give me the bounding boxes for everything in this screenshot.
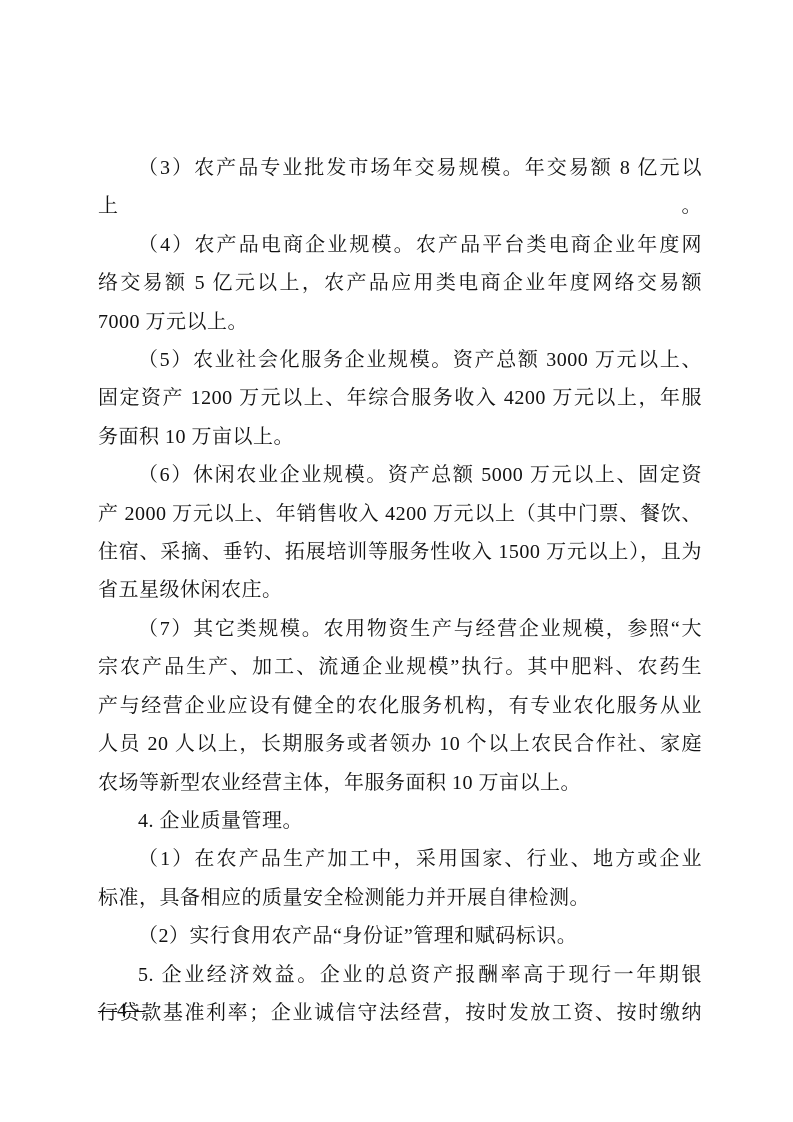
paragraph: 4. 企业质量管理。: [98, 802, 702, 840]
page-footer: —4—: [98, 1000, 146, 1022]
paragraph: （6）休闲农业企业规模。资产总额 5000 万元以上、固定资产 2000 万元以…: [98, 456, 702, 610]
paragraph: （2）实行食用农产品“身份证”管理和赋码标识。: [98, 917, 702, 955]
text-line: （7）其它类规模。农用物资生产与经营企业规模，参照“大: [98, 610, 702, 648]
text-line: 4. 企业质量管理。: [98, 802, 702, 840]
text-line: 标准，具备相应的质量安全检测能力并开展自律检测。: [98, 879, 702, 917]
text-line: 产与经营企业应设有健全的农化服务机构，有专业农化服务从业: [98, 687, 702, 725]
paragraph: （3）农产品专业批发市场年交易规模。年交易额 8 亿元以上。: [98, 149, 702, 226]
text-line: 农场等新型农业经营主体，年服务面积 10 万亩以上。: [98, 764, 702, 802]
paragraph: （1）在农产品生产加工中，采用国家、行业、地方或企业标准，具备相应的质量安全检测…: [98, 840, 702, 917]
text-line: （6）休闲农业企业规模。资产总额 5000 万元以上、固定资: [98, 456, 702, 494]
text-line: 省五星级休闲农庄。: [98, 571, 702, 609]
paragraph: （4）农产品电商企业规模。农产品平台类电商企业年度网络交易额 5 亿元以上，农产…: [98, 226, 702, 341]
text-line: 5. 企业经济效益。企业的总资产报酬率高于现行一年期银: [98, 956, 702, 994]
text-line: （2）实行食用农产品“身份证”管理和赋码标识。: [98, 917, 702, 955]
text-line: （3）农产品专业批发市场年交易规模。年交易额 8 亿元以上。: [98, 149, 702, 226]
text-line: 7000 万元以上。: [98, 303, 702, 341]
paragraph: （7）其它类规模。农用物资生产与经营企业规模，参照“大宗农产品生产、加工、流通企…: [98, 610, 702, 802]
paragraph: 5. 企业经济效益。企业的总资产报酬率高于现行一年期银行贷款基准利率；企业诚信守…: [98, 956, 702, 1033]
text-line: 住宿、采摘、垂钓、拓展培训等服务性收入 1500 万元以上），且为: [98, 533, 702, 571]
document-body: （3）农产品专业批发市场年交易规模。年交易额 8 亿元以上。（4）农产品电商企业…: [98, 149, 702, 1032]
text-line: （1）在农产品生产加工中，采用国家、行业、地方或企业: [98, 840, 702, 878]
paragraph: （5）农业社会化服务企业规模。资产总额 3000 万元以上、固定资产 1200 …: [98, 341, 702, 456]
text-line: 务面积 10 万亩以上。: [98, 418, 702, 456]
text-line: 宗农产品生产、加工、流通企业规模”执行。其中肥料、农药生: [98, 648, 702, 686]
text-line: （5）农业社会化服务企业规模。资产总额 3000 万元以上、: [98, 341, 702, 379]
document-page: （3）农产品专业批发市场年交易规模。年交易额 8 亿元以上。（4）农产品电商企业…: [0, 0, 793, 1122]
text-line: 产 2000 万元以上、年销售收入 4200 万元以上（其中门票、餐饮、: [98, 495, 702, 533]
text-line: 固定资产 1200 万元以上、年综合服务收入 4200 万元以上，年服: [98, 379, 702, 417]
text-line: 行贷款基准利率；企业诚信守法经营，按时发放工资、按时缴纳: [98, 994, 702, 1032]
text-line: 络交易额 5 亿元以上，农产品应用类电商企业年度网络交易额: [98, 264, 702, 302]
text-line: 人员 20 人以上，长期服务或者领办 10 个以上农民合作社、家庭: [98, 725, 702, 763]
text-line: （4）农产品电商企业规模。农产品平台类电商企业年度网: [98, 226, 702, 264]
page-number: —4—: [98, 1000, 146, 1021]
